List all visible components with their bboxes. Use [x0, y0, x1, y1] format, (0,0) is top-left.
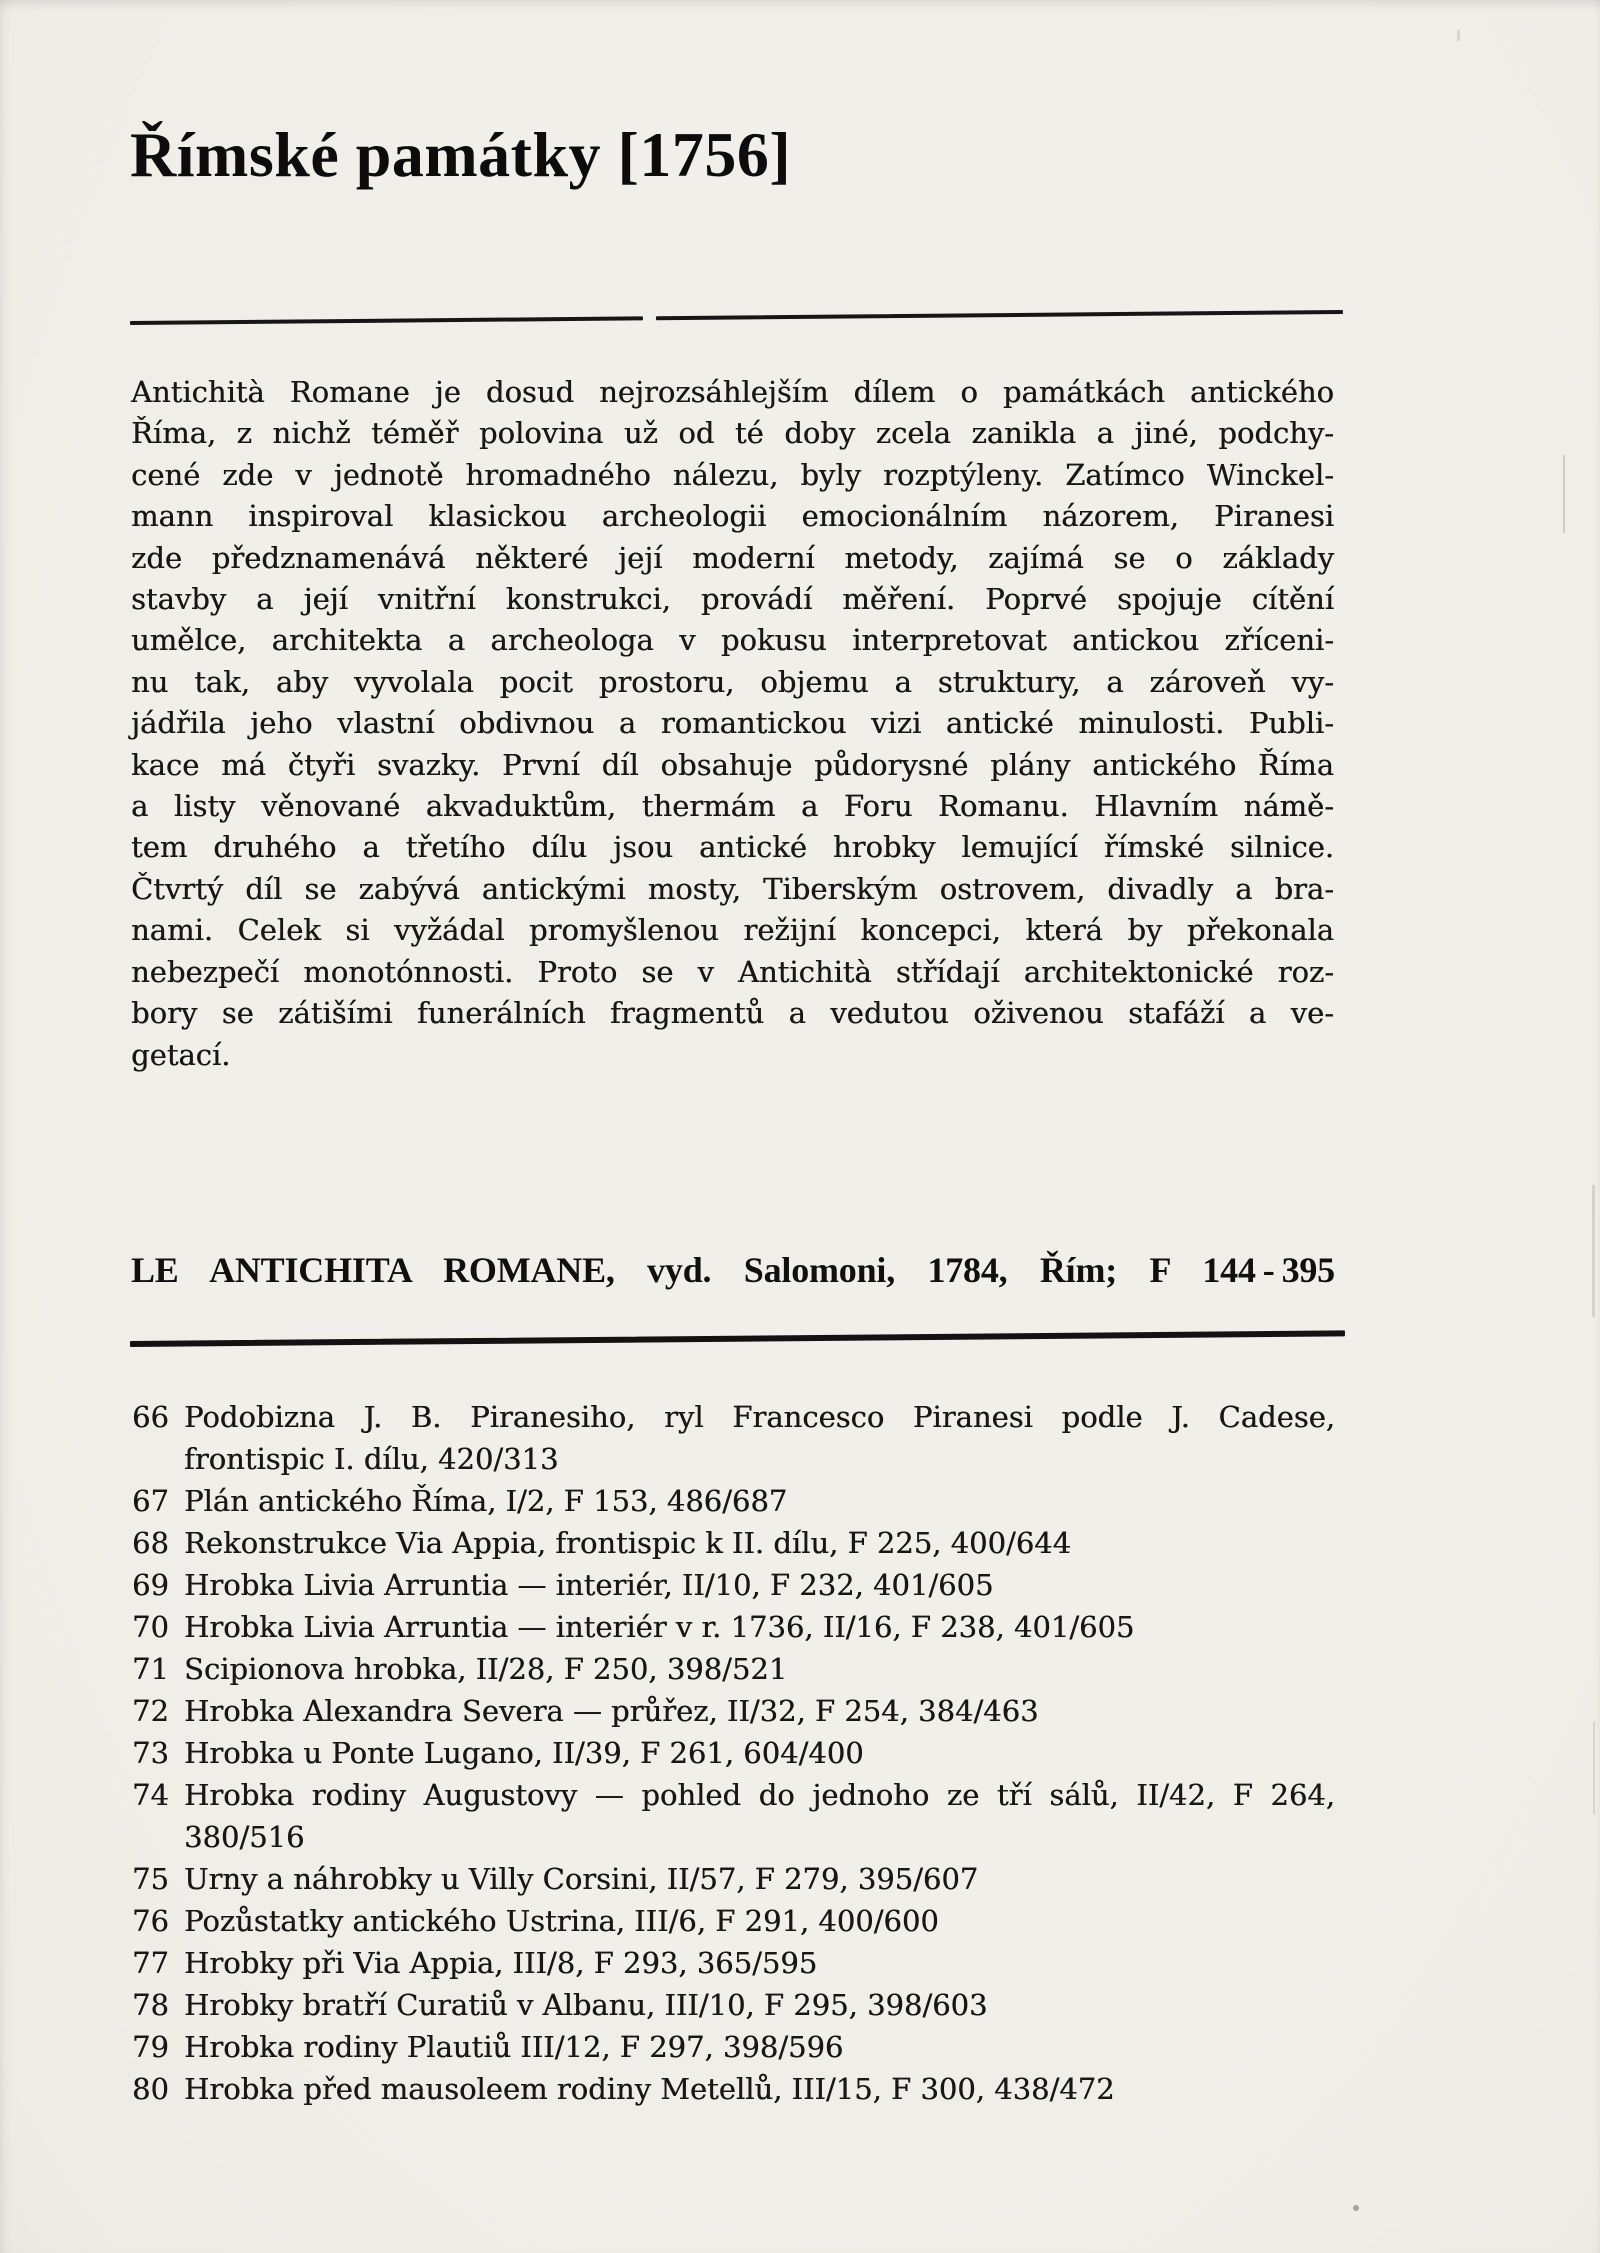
- paragraph-line: umělce, architekta a archeologa v pokusu…: [131, 620, 1334, 661]
- entry-number: 72: [132, 1690, 184, 1732]
- catalog-entry: 79Hrobka rodiny Plautiů III/12, F 297, 3…: [132, 2026, 1335, 2068]
- entry-text: Hrobka Livia Arruntia — interiér, II/10,…: [184, 1564, 1335, 1606]
- catalog-entry: 73Hrobka u Ponte Lugano, II/39, F 261, 6…: [132, 1732, 1335, 1774]
- entry-number: 79: [132, 2026, 184, 2068]
- scan-speck: [1353, 2205, 1359, 2211]
- entry-text: Pozůstatky antického Ustrina, III/6, F 2…: [184, 1900, 1335, 1942]
- scan-crease: [1593, 1722, 1595, 1814]
- catalog-heading: LE ANTICHITA ROMANE, vyd. Salomoni, 1784…: [131, 1249, 1335, 1291]
- entry-number: 76: [132, 1900, 184, 1942]
- catalog-entry: 72Hrobka Alexandra Severa — průřez, II/3…: [132, 1690, 1335, 1732]
- entry-line: Urny a náhrobky u Villy Corsini, II/57, …: [184, 1858, 1335, 1900]
- entry-line: Hrobka rodiny Augustovy — pohled do jedn…: [184, 1774, 1335, 1816]
- entry-text: Scipionova hrobka, II/28, F 250, 398/521: [184, 1648, 1335, 1690]
- entry-line: Hrobky bratří Curatiů v Albanu, III/10, …: [184, 1984, 1335, 2026]
- paragraph-line: cené zde v jednotě hromadného nálezu, by…: [131, 455, 1334, 496]
- catalog-entry: 69Hrobka Livia Arruntia — interiér, II/1…: [132, 1564, 1335, 1606]
- paragraph-line: tem druhého a třetího dílu jsou antické …: [131, 827, 1334, 868]
- divider-segment-left: [130, 317, 643, 325]
- scan-speck: [1457, 30, 1460, 41]
- entry-line: Hrobka Livia Arruntia — interiér, II/10,…: [184, 1564, 1335, 1606]
- entry-number: 71: [132, 1648, 184, 1690]
- title-divider-rule: [130, 309, 1343, 326]
- paragraph-line: bory se zátišími funerálních fragmentů a…: [131, 993, 1334, 1034]
- catalog-entry: 76Pozůstatky antického Ustrina, III/6, F…: [132, 1900, 1335, 1942]
- entry-line: Hrobky při Via Appia, III/8, F 293, 365/…: [184, 1942, 1335, 1984]
- entry-text: Hrobka Alexandra Severa — průřez, II/32,…: [184, 1690, 1335, 1732]
- catalog-list: 66Podobizna J. B. Piranesiho, ryl France…: [132, 1396, 1335, 2110]
- entry-text: Urny a náhrobky u Villy Corsini, II/57, …: [184, 1858, 1335, 1900]
- entry-number: 69: [132, 1564, 184, 1606]
- paragraph-line: stavby a její vnitřní konstrukci, provád…: [131, 579, 1334, 620]
- entry-line: Pozůstatky antického Ustrina, III/6, F 2…: [184, 1900, 1335, 1942]
- entry-number: 68: [132, 1522, 184, 1564]
- catalog-entry: 78Hrobky bratří Curatiů v Albanu, III/10…: [132, 1984, 1335, 2026]
- entry-line: Scipionova hrobka, II/28, F 250, 398/521: [184, 1648, 1335, 1690]
- entry-number: 78: [132, 1984, 184, 2026]
- divider-gap: [643, 318, 656, 319]
- catalog-entry: 68Rekonstrukce Via Appia, frontispic k I…: [132, 1522, 1335, 1564]
- entry-line: Hrobka před mausoleem rodiny Metellů, II…: [184, 2068, 1335, 2110]
- entry-number: 77: [132, 1942, 184, 1984]
- entry-line: 380/516: [184, 1816, 1335, 1858]
- entry-line: Rekonstrukce Via Appia, frontispic k II.…: [184, 1522, 1335, 1564]
- entry-number: 80: [132, 2068, 184, 2110]
- paragraph-line: a listy věnované akvaduktům, thermám a F…: [131, 786, 1334, 827]
- catalog-entry: 74Hrobka rodiny Augustovy — pohled do je…: [132, 1774, 1335, 1858]
- entry-line: frontispic I. dílu, 420/313: [184, 1438, 1335, 1480]
- entry-text: Hrobka Livia Arruntia — interiér v r. 17…: [184, 1606, 1335, 1648]
- entry-number: 75: [132, 1858, 184, 1900]
- paragraph-line: zde předznamenává některé její moderní m…: [131, 538, 1334, 579]
- paragraph-line: nu tak, aby vyvolala pocit prostoru, obj…: [131, 662, 1334, 703]
- entry-line: Plán antického Říma, I/2, F 153, 486/687: [184, 1480, 1335, 1522]
- paragraph-line: nebezpečí monotónnosti. Proto se v Antic…: [131, 952, 1334, 993]
- entry-line: Hrobka rodiny Plautiů III/12, F 297, 398…: [184, 2026, 1335, 2068]
- paragraph-line: Říma, z nichž téměř polovina už od té do…: [131, 413, 1334, 454]
- book-page: Římské památky [1756] Antichità Romane j…: [0, 0, 1600, 2253]
- paragraph-line: mann inspiroval klasickou archeologii em…: [131, 496, 1334, 537]
- paragraph-line: nami. Celek si vyžádal promyšlenou režij…: [131, 910, 1334, 951]
- entry-line: Podobizna J. B. Piranesiho, ryl Francesc…: [184, 1396, 1335, 1438]
- catalog-entry: 67Plán antického Říma, I/2, F 153, 486/6…: [132, 1480, 1335, 1522]
- catalog-entry: 75Urny a náhrobky u Villy Corsini, II/57…: [132, 1858, 1335, 1900]
- catalog-entry: 66Podobizna J. B. Piranesiho, ryl France…: [132, 1396, 1335, 1480]
- entry-text: Hrobka u Ponte Lugano, II/39, F 261, 604…: [184, 1732, 1335, 1774]
- entry-line: Hrobka Alexandra Severa — průřez, II/32,…: [184, 1690, 1335, 1732]
- paragraph-line: Antichità Romane je dosud nejrozsáhlejší…: [131, 372, 1334, 413]
- paragraph-line: kace má čtyři svazky. První díl obsahuje…: [131, 745, 1334, 786]
- entry-text: Hrobky při Via Appia, III/8, F 293, 365/…: [184, 1942, 1335, 1984]
- entry-number: 74: [132, 1774, 184, 1816]
- entry-line: Hrobka u Ponte Lugano, II/39, F 261, 604…: [184, 1732, 1335, 1774]
- entry-text: Hrobka rodiny Augustovy — pohled do jedn…: [184, 1774, 1335, 1858]
- entry-text: Plán antického Říma, I/2, F 153, 486/687: [184, 1480, 1335, 1522]
- paragraph-line: Čtvrtý díl se zabývá antickými mosty, Ti…: [131, 869, 1334, 910]
- entry-number: 70: [132, 1606, 184, 1648]
- divider-segment-right: [656, 310, 1343, 321]
- entry-number: 66: [132, 1396, 184, 1438]
- page-title: Římské památky [1756]: [130, 118, 791, 192]
- entry-number: 67: [132, 1480, 184, 1522]
- paragraph-line: jádřila jeho vlastní obdivnou a romantic…: [131, 703, 1334, 744]
- intro-paragraph: Antichità Romane je dosud nejrozsáhlejší…: [131, 372, 1334, 1076]
- entry-line: Hrobka Livia Arruntia — interiér v r. 17…: [184, 1606, 1335, 1648]
- entry-text: Hrobka rodiny Plautiů III/12, F 297, 398…: [184, 2026, 1335, 2068]
- catalog-entry: 80Hrobka před mausoleem rodiny Metellů, …: [132, 2068, 1335, 2110]
- entry-text: Hrobka před mausoleem rodiny Metellů, II…: [184, 2068, 1335, 2110]
- entry-text: Podobizna J. B. Piranesiho, ryl Francesc…: [184, 1396, 1335, 1480]
- entry-number: 73: [132, 1732, 184, 1774]
- heading-divider-rule: [130, 1330, 1345, 1346]
- catalog-entry: 70Hrobka Livia Arruntia — interiér v r. …: [132, 1606, 1335, 1648]
- entry-text: Rekonstrukce Via Appia, frontispic k II.…: [184, 1522, 1335, 1564]
- catalog-entry: 77Hrobky při Via Appia, III/8, F 293, 36…: [132, 1942, 1335, 1984]
- scan-crease: [1563, 455, 1565, 533]
- catalog-entry: 71Scipionova hrobka, II/28, F 250, 398/5…: [132, 1648, 1335, 1690]
- entry-text: Hrobky bratří Curatiů v Albanu, III/10, …: [184, 1984, 1335, 2026]
- paragraph-line: getací.: [131, 1035, 1334, 1076]
- scan-crease: [1592, 1185, 1595, 1317]
